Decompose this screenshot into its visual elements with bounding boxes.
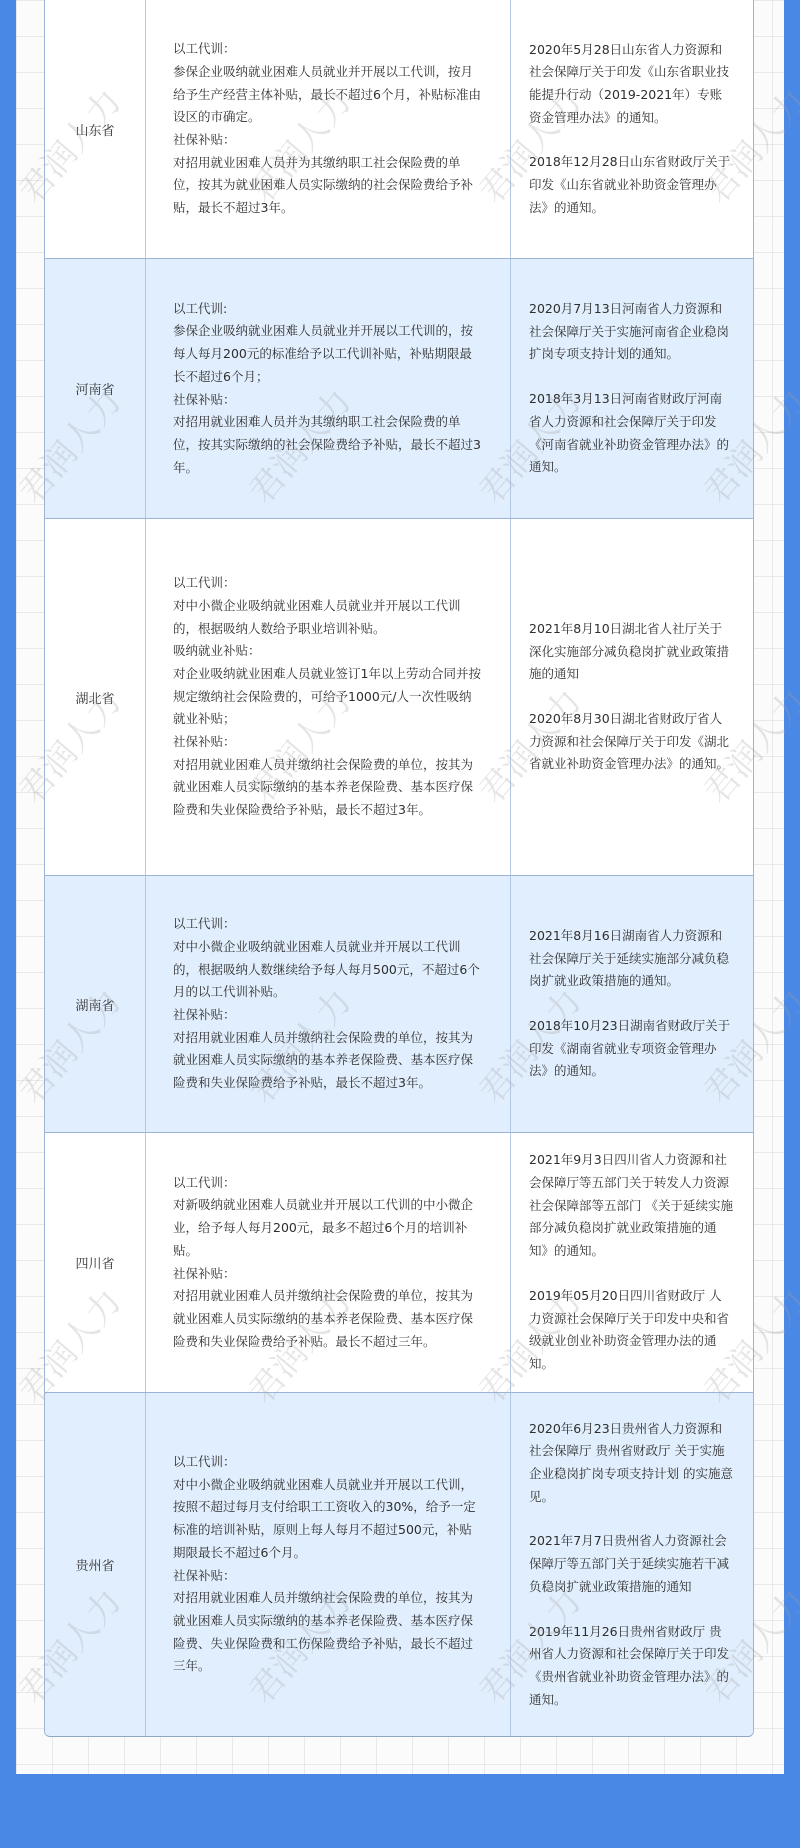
policy-basis-document: 2020年5月28日山东省人力资源和社会保障厅关于印发《山东省职业技能提升行动（… — [529, 39, 733, 130]
policy-text: 以工代训: 参保企业吸纳就业困难人员就业并开展以工代训的，按每人每月200元的标… — [173, 298, 482, 480]
basis-spacer — [529, 1599, 733, 1621]
table-row: 山东省以工代训： 参保企业吸纳就业困难人员就业并开展以工代训，按月给予生产经营主… — [45, 0, 753, 258]
province-name: 湖北省 — [75, 688, 114, 707]
basis-spacer — [529, 1508, 733, 1530]
policy-cell: 以工代训： 对中小微企业吸纳就业困难人员就业并开展以工代训的，根据吸纳人数继续给… — [146, 876, 511, 1132]
policy-text: 以工代训： 对中小微企业吸纳就业困难人员就业并开展以工代训的，根据吸纳人数给予职… — [173, 572, 482, 822]
basis-cell: 2021年8月10日湖北省人社厅关于深化实施部分减负稳岗扩就业政策措施的通知20… — [511, 519, 751, 875]
basis-cell: 2020年6月23日贵州省人力资源和社会保障厅 贵州省财政厅 关于实施企业稳岗扩… — [511, 1393, 751, 1736]
policy-cell: 以工代训: 参保企业吸纳就业困难人员就业并开展以工代训的，按每人每月200元的标… — [146, 259, 511, 518]
province-name: 湖南省 — [75, 995, 114, 1014]
policy-basis-document: 2021年7月7日贵州省人力资源社会保障厅等五部门关于延续实施若干减负稳岗扩就业… — [529, 1530, 733, 1598]
policy-cell: 以工代训： 对中小微企业吸纳就业困难人员就业并开展以工代训，按照不超过每月支付给… — [146, 1393, 511, 1736]
policy-text: 以工代训： 对新吸纳就业困难人员就业并开展以工代训的中小微企业，给予每人每月20… — [173, 1172, 482, 1354]
policy-basis-document: 2020月7月13日河南省人力资源和社会保障厅关于实施河南省企业稳岗扩岗专项支持… — [529, 298, 733, 366]
policy-basis-document: 2021年8月16日湖南省人力资源和社会保障厅关于延续实施部分减负稳岗扩就业政策… — [529, 925, 733, 993]
province-cell: 山东省 — [45, 0, 146, 258]
policy-basis-document: 2021年9月3日四川省人力资源和社会保障厅等五部门关于转发人力资源社会保障部等… — [529, 1149, 733, 1263]
policy-table: 山东省以工代训： 参保企业吸纳就业困难人员就业并开展以工代训，按月给予生产经营主… — [44, 0, 754, 1737]
policy-cell: 以工代训： 对新吸纳就业困难人员就业并开展以工代训的中小微企业，给予每人每月20… — [146, 1133, 511, 1392]
policy-text: 以工代训： 对中小微企业吸纳就业困难人员就业并开展以工代训，按照不超过每月支付给… — [173, 1451, 482, 1678]
province-cell: 贵州省 — [45, 1393, 146, 1736]
province-name: 贵州省 — [75, 1555, 114, 1574]
basis-spacer — [529, 366, 733, 388]
basis-spacer — [529, 129, 733, 151]
basis-cell: 2021年9月3日四川省人力资源和社会保障厅等五部门关于转发人力资源社会保障部等… — [511, 1133, 751, 1392]
policy-cell: 以工代训： 对中小微企业吸纳就业困难人员就业并开展以工代训的，根据吸纳人数给予职… — [146, 519, 511, 875]
policy-basis-document: 2020年8月30日湖北省财政厅省人力资源和社会保障厅关于印发《湖北省就业补助资… — [529, 708, 733, 776]
table-row: 贵州省以工代训： 对中小微企业吸纳就业困难人员就业并开展以工代训，按照不超过每月… — [45, 1392, 753, 1736]
policy-basis-document: 2019年11月26日贵州省财政厅 贵州省人力资源和社会保障厅关于印发《贵州省就… — [529, 1621, 733, 1712]
province-cell: 湖北省 — [45, 519, 146, 875]
policy-basis-document: 2021年8月10日湖北省人社厅关于深化实施部分减负稳岗扩就业政策措施的通知 — [529, 618, 733, 686]
province-name: 山东省 — [75, 120, 114, 139]
basis-spacer — [529, 686, 733, 708]
policy-cell: 以工代训： 参保企业吸纳就业困难人员就业并开展以工代训，按月给予生产经营主体补贴… — [146, 0, 511, 258]
province-cell: 四川省 — [45, 1133, 146, 1392]
province-name: 四川省 — [75, 1253, 114, 1272]
table-row: 湖南省以工代训： 对中小微企业吸纳就业困难人员就业并开展以工代训的，根据吸纳人数… — [45, 875, 753, 1132]
province-cell: 河南省 — [45, 259, 146, 518]
basis-cell: 2020年5月28日山东省人力资源和社会保障厅关于印发《山东省职业技能提升行动（… — [511, 0, 751, 258]
province-cell: 湖南省 — [45, 876, 146, 1132]
basis-cell: 2021年8月16日湖南省人力资源和社会保障厅关于延续实施部分减负稳岗扩就业政策… — [511, 876, 751, 1132]
table-row: 四川省以工代训： 对新吸纳就业困难人员就业并开展以工代训的中小微企业，给予每人每… — [45, 1132, 753, 1392]
province-name: 河南省 — [75, 379, 114, 398]
basis-spacer — [529, 993, 733, 1015]
policy-basis-document: 2020年6月23日贵州省人力资源和社会保障厅 贵州省财政厅 关于实施企业稳岗扩… — [529, 1418, 733, 1509]
policy-basis-document: 2018年12月28日山东省财政厅关于印发《山东省就业补助资金管理办法》的通知。 — [529, 151, 733, 219]
basis-spacer — [529, 1263, 733, 1285]
policy-basis-document: 2018年3月13日河南省财政厅河南省人力资源和社会保障厅关于印发《河南省就业补… — [529, 388, 733, 479]
policy-text: 以工代训： 对中小微企业吸纳就业困难人员就业并开展以工代训的，根据吸纳人数继续给… — [173, 913, 482, 1095]
table-row: 河南省以工代训: 参保企业吸纳就业困难人员就业并开展以工代训的，按每人每月200… — [45, 258, 753, 518]
basis-cell: 2020月7月13日河南省人力资源和社会保障厅关于实施河南省企业稳岗扩岗专项支持… — [511, 259, 751, 518]
policy-text: 以工代训： 参保企业吸纳就业困难人员就业并开展以工代训，按月给予生产经营主体补贴… — [173, 38, 482, 220]
policy-basis-document: 2019年05月20日四川省财政厅 人力资源社会保障厅关于印发中央和省级就业创业… — [529, 1285, 733, 1376]
table-row: 湖北省以工代训： 对中小微企业吸纳就业困难人员就业并开展以工代训的，根据吸纳人数… — [45, 518, 753, 875]
policy-basis-document: 2018年10月23日湖南省财政厅关于印发《湖南省就业专项资金管理办法》的通知。 — [529, 1015, 733, 1083]
